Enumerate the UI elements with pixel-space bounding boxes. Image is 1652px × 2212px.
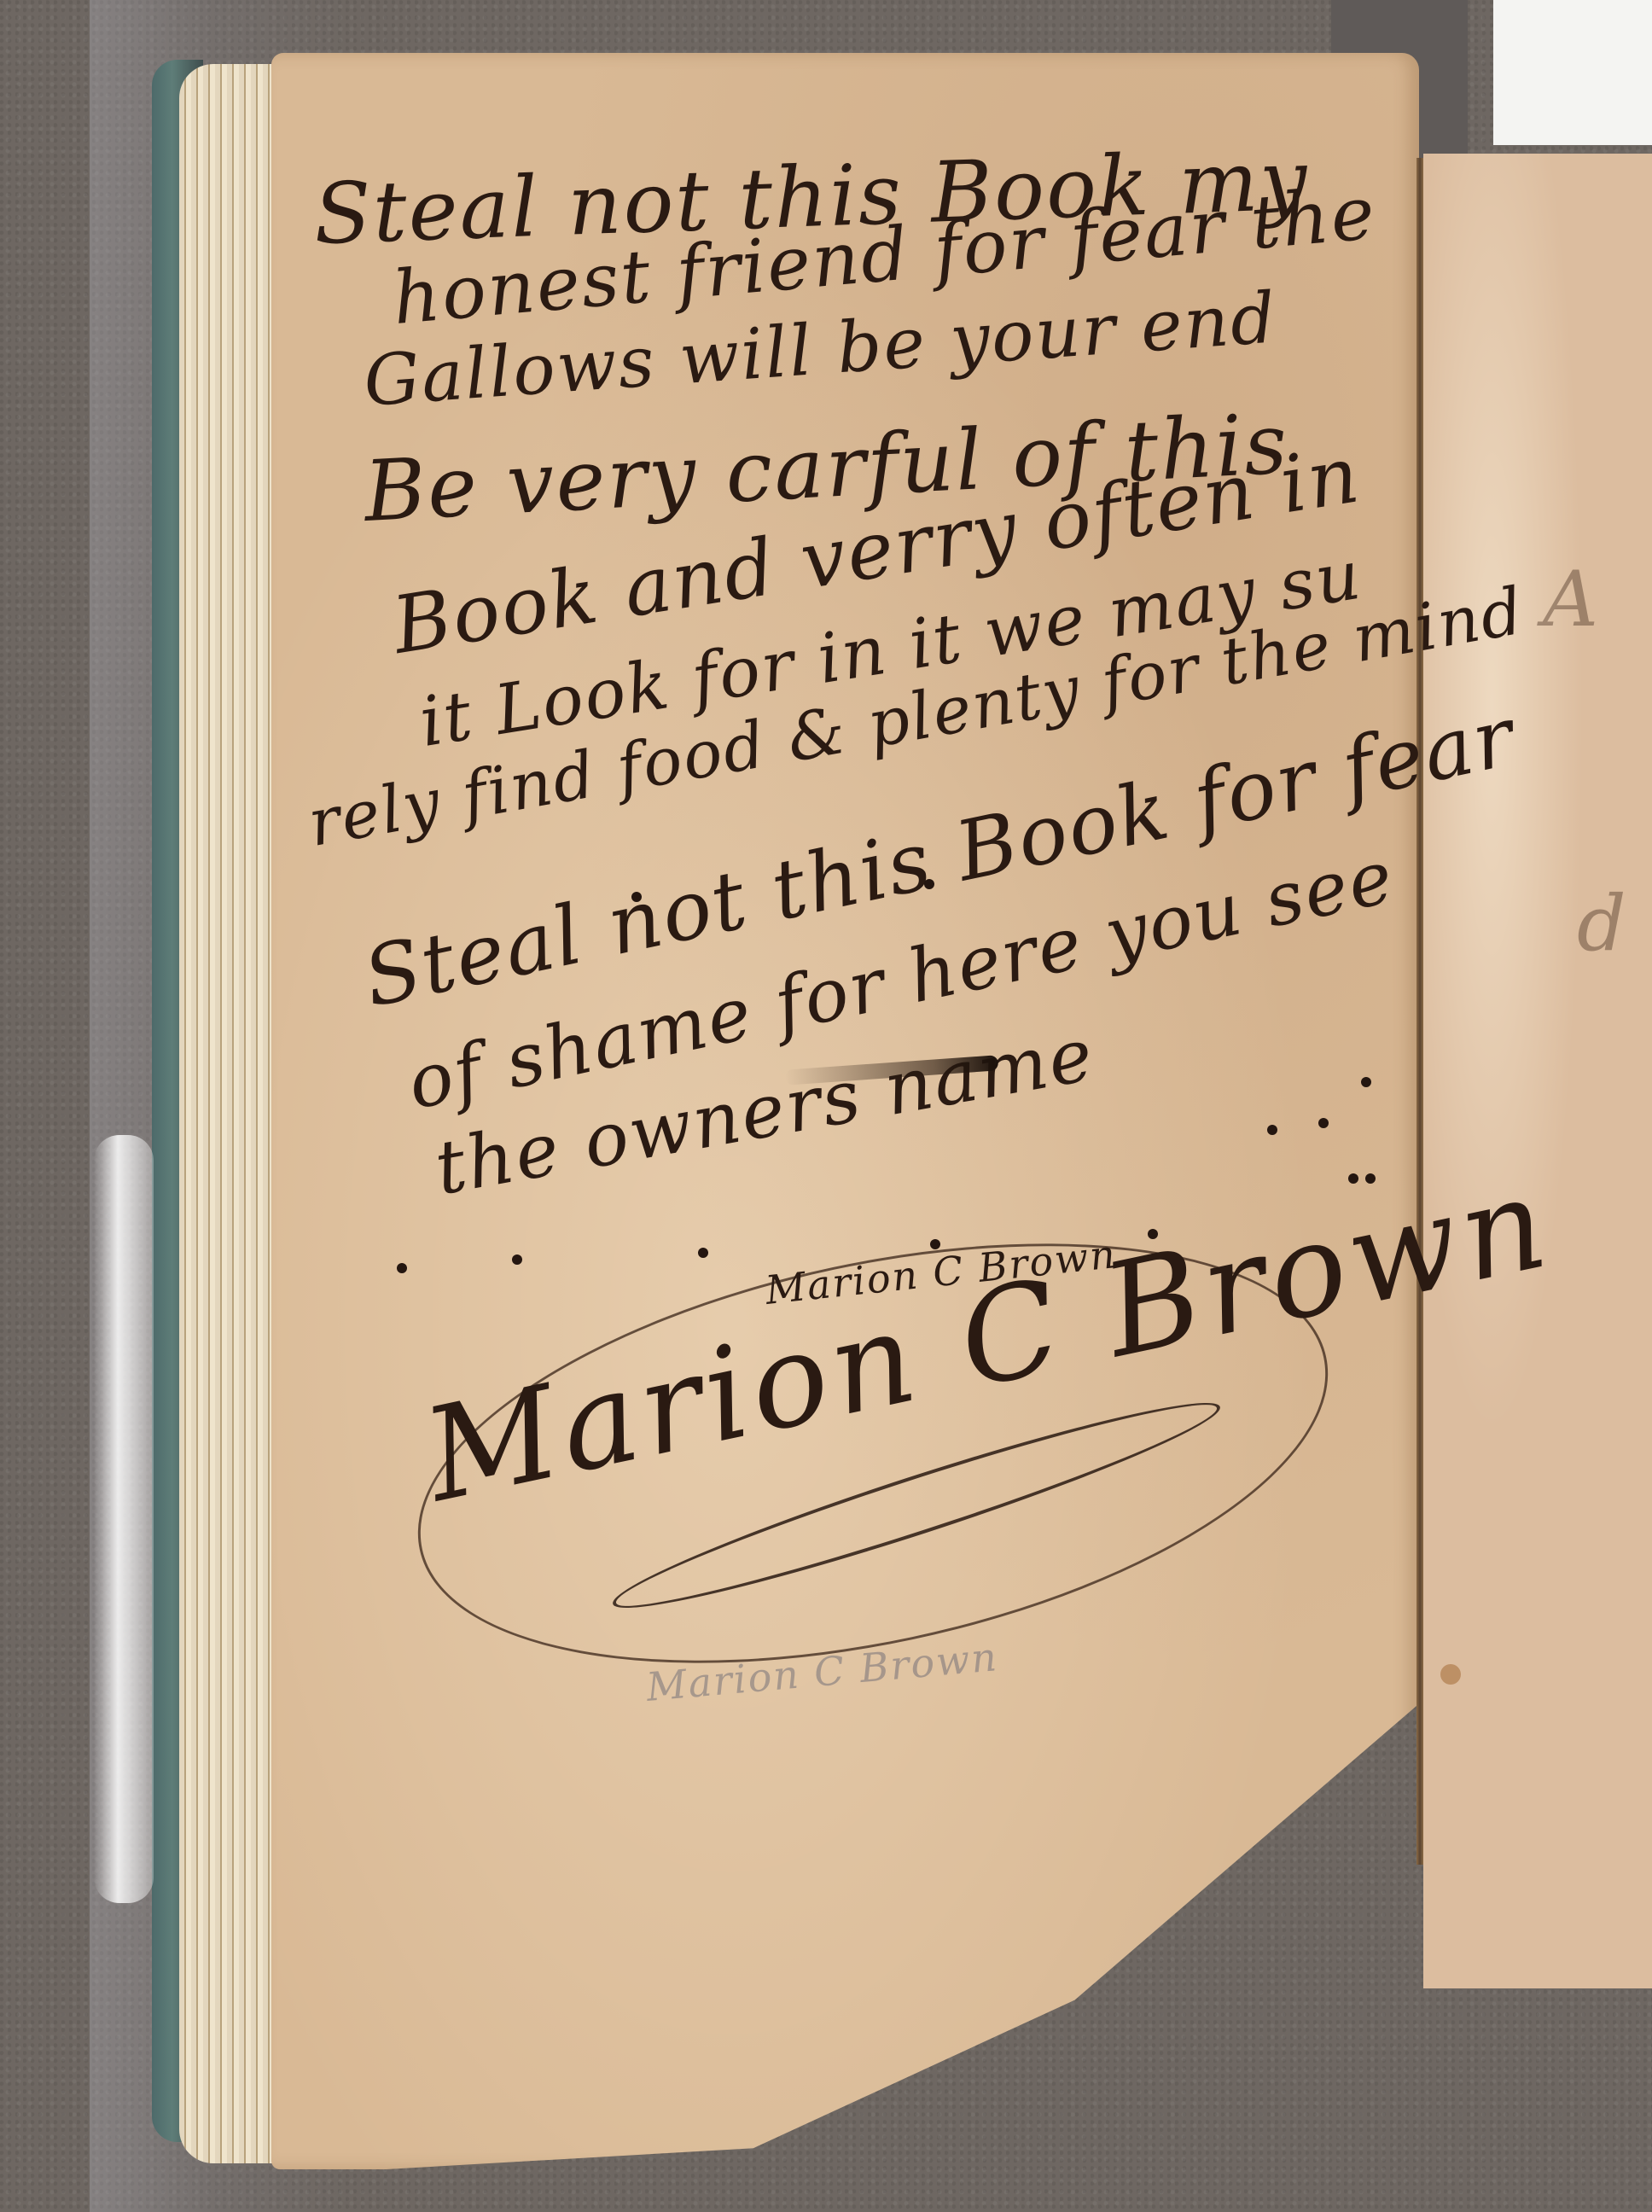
ink-dot [1267,1125,1277,1135]
facing-page: A d [1423,154,1652,1988]
ink-dot [924,879,934,889]
sleeve-reflection [94,1135,154,1903]
ink-dot [512,1254,522,1265]
ink-dot [397,1263,407,1273]
facing-page-ghost-text: d [1577,879,1626,969]
ink-dot [930,1239,940,1249]
ink-dot [1348,1173,1358,1184]
facing-page-ghost-text: A [1543,555,1598,644]
white-card [1493,0,1652,145]
ink-dot [698,1248,708,1258]
ink-dot [1361,1077,1371,1087]
ink-dot [631,892,642,902]
page-block-edges [179,64,282,2163]
ink-dot [1318,1118,1329,1128]
foxing-stain [1440,1664,1461,1685]
book-gutter [1416,158,1423,1865]
